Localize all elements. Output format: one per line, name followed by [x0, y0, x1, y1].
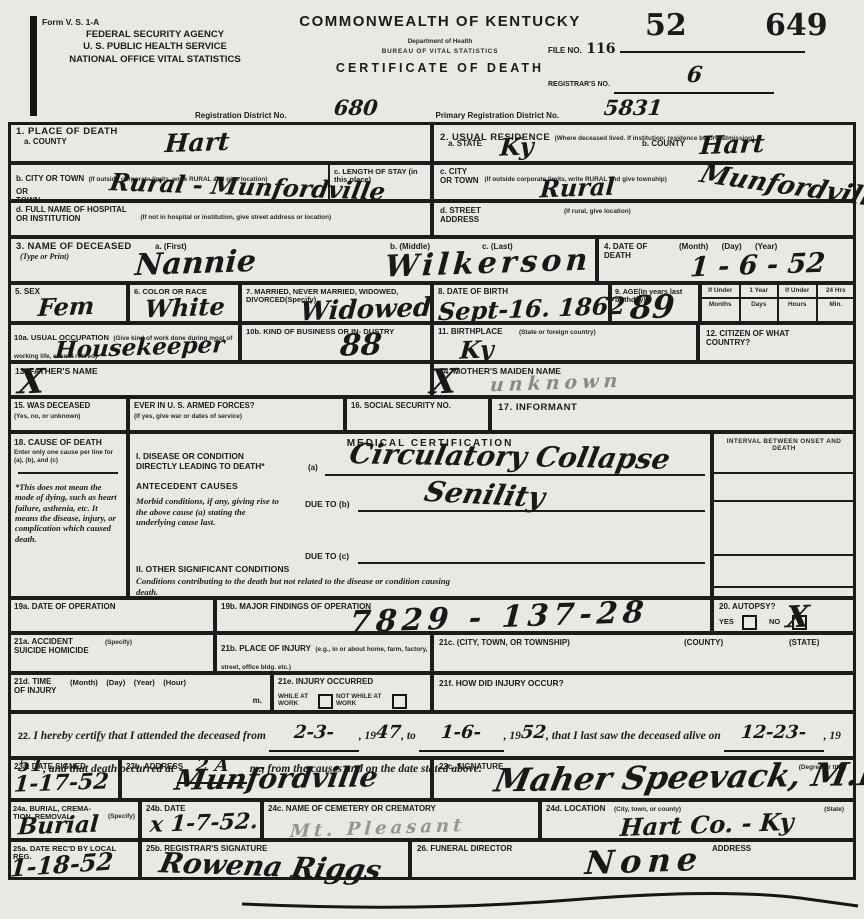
cemetery-label: 24c. NAME OF CEMETERY OR CREMATORY	[268, 805, 436, 814]
mother-scrawl-handwriting: unknown	[489, 370, 623, 397]
birthplace-value-handwriting: Ky	[459, 334, 495, 364]
cause-a-value-handwriting: Circulatory Collapse	[347, 437, 673, 475]
due-to-b-label: DUE TO (b)	[305, 500, 350, 509]
burial-type-handwriting: Burial	[17, 811, 100, 841]
age-col1-top: If Under	[702, 287, 739, 294]
age-under-table: If Under Months 1 Year Days If Under Hou…	[700, 283, 856, 323]
age-col2-top: 1 Year	[741, 287, 778, 294]
certify-from-value: 2-3-	[292, 718, 335, 749]
residence-county-label: b. COUNTY	[642, 140, 685, 149]
certify-print-1: , 19	[359, 730, 376, 742]
residence-city-value-handwriting: Rural	[539, 172, 616, 204]
armed-forces-label-1: 15. WAS DECEASED	[14, 402, 126, 411]
agency-line-3: NATIONAL OFFICE VITAL STATISTICS	[20, 55, 290, 65]
antecedent-label: ANTECEDENT CAUSES	[136, 482, 238, 491]
race-value-handwriting: White	[144, 292, 226, 324]
residence-city-label: c. CITY OR TOWN	[440, 168, 480, 186]
autopsy-no-x-mark: X	[785, 600, 811, 636]
business-value-handwriting: 88	[339, 327, 383, 364]
death-certificate-page: Form V. S. 1-A FEDERAL SECURITY AGENCY U…	[0, 0, 864, 919]
file-no-value: 116	[586, 41, 615, 57]
primary-district-value: 5831	[603, 95, 664, 120]
certify-text-4: alive on	[683, 730, 720, 742]
autopsy-label: 20. AUTOPSY?	[719, 603, 775, 612]
cause-title: 18. CAUSE OF DEATH	[14, 438, 126, 447]
residence-county-value-handwriting: Hart	[699, 129, 766, 160]
agency-line-2: U. S. PUBLIC HEALTH SERVICE	[20, 42, 290, 52]
due-to-c-line	[358, 562, 705, 564]
burial-type-note: (Specify)	[108, 813, 135, 820]
agency-line-1: FEDERAL SECURITY AGENCY	[20, 30, 290, 40]
interval-line-b	[714, 500, 854, 502]
father-name-cell: 13. FATHER'S NAME	[8, 362, 432, 397]
not-at-work-checkbox[interactable]	[392, 694, 407, 709]
funeral-director-address-label: ADDRESS	[712, 845, 751, 854]
certify-year-1: 47	[374, 718, 402, 749]
age-col3-top: If Under	[779, 287, 816, 294]
autopsy-yes-checkbox[interactable]	[742, 615, 757, 630]
time-of-injury-label: 21d. TIME OF INJURY	[14, 678, 59, 696]
other-conditions-note: Conditions contributing to the death but…	[136, 576, 456, 597]
morbid-note: Morbid conditions, if any, giving rise t…	[136, 496, 286, 528]
not-at-work-label: NOT WHILE AT WORK	[336, 693, 384, 708]
scan-artifact-line	[240, 882, 860, 918]
armed-forces-note-1: (Yes, no, or unknown)	[14, 413, 126, 420]
residence-state-county-cell: 2. USUAL RESIDENCE (Where deceased lived…	[432, 122, 856, 163]
cause-note: Enter only one cause per line for (a), (…	[14, 449, 122, 464]
business-cell: 10b. KIND OF BUSINESS OR IN- DUSTRY	[240, 323, 432, 362]
signer-address-label: 23b. ADDRESS	[126, 763, 183, 772]
interval-label: INTERVAL BETWEEN ONSET AND DEATH	[722, 438, 846, 453]
form-number: Form V. S. 1-A	[42, 18, 99, 27]
burial-location-label: 24d. LOCATION	[546, 805, 605, 814]
hospital-label: d. FULL NAME OF HOSPITAL OR INSTITUTION	[16, 206, 136, 224]
date-of-death-handwriting: 1 - 6 - 52	[689, 248, 826, 284]
due-to-c-label: DUE TO (c)	[305, 552, 349, 561]
registrar-no-label: REGISTRAR'S NO.	[548, 81, 610, 88]
disease-label-1: I. DISEASE OR CONDITION	[136, 452, 244, 461]
autopsy-no-label: NO	[769, 618, 780, 626]
funeral-director-label: 26. FUNERAL DIRECTOR	[417, 845, 512, 854]
file-no-line	[620, 51, 805, 53]
age-col1-bottom: Months	[702, 297, 739, 308]
certify-text-3: , that I last saw the deceased	[546, 730, 681, 742]
how-injury-label: 21f. HOW DID INJURY OCCUR?	[439, 679, 564, 688]
age-col3-bottom: Hours	[779, 297, 816, 308]
residence-state-label: a. STATE	[448, 140, 482, 149]
injury-state-label: (STATE)	[789, 639, 819, 648]
operation-date-cell: 19a. DATE OF OPERATION	[8, 598, 215, 633]
certify-year-2: 52	[519, 718, 547, 749]
armed-forces-note-2: (If yes, give war or dates of service)	[134, 413, 343, 420]
accident-cell: 21a. ACCIDENT SUICIDE HOMICIDE (Specify)	[8, 633, 215, 673]
reg-district-value: 680	[333, 95, 379, 120]
time-of-injury-cell: 21d. TIME OF INJURY (Month) (Day) (Year)…	[8, 673, 272, 712]
father-x-mark: X	[17, 361, 46, 402]
sex-label: 5. SEX	[15, 288, 40, 297]
registrar-no-value: 6	[685, 62, 703, 88]
place-of-injury-cell: 21b. PLACE OF INJURY (e.g., in or about …	[215, 633, 432, 673]
ssn-label: 16. SOCIAL SECURITY NO.	[351, 402, 486, 411]
street-address-cell: d. STREET ADDRESS (If rural, give locati…	[432, 201, 856, 237]
big-number-right: 649	[765, 8, 828, 43]
cause-footnote: *This does not mean the mode of dying, s…	[15, 482, 121, 544]
reg-district-label: Registration District No.	[195, 111, 287, 120]
armed-forces-cell-left: 15. WAS DECEASED (Yes, no, or unknown)	[8, 397, 128, 432]
place-city-label: b. CITY OR TOWN	[16, 174, 84, 183]
disease-label-2: DIRECTLY LEADING TO DEATH*	[136, 462, 265, 471]
reg-district-line: 680	[291, 98, 421, 125]
signer-address-handwriting: Munfordville	[172, 760, 380, 797]
age-col2-bottom: Days	[741, 297, 778, 308]
age-col4-top: 24 Hrs	[818, 287, 855, 294]
age-col4-bottom: Min.	[818, 297, 855, 308]
citizen-cell: 12. CITIZEN OF WHAT COUNTRY?	[698, 323, 856, 362]
autopsy-yes-label: YES	[719, 618, 734, 626]
cause-divider	[18, 472, 118, 474]
certificate-of-death-title: CERTIFICATE OF DEATH	[305, 62, 575, 76]
date-of-death-label: 4. DATE OF DEATH	[604, 243, 662, 261]
certify-number: 22.	[18, 731, 31, 741]
how-injury-cell: 21f. HOW DID INJURY OCCUR?	[432, 673, 856, 712]
certify-alive-value: 12-23-	[739, 718, 807, 749]
interval-line-d	[714, 586, 854, 588]
informant-cell: 17. INFORMANT	[490, 397, 856, 432]
injury-city-label: 21c. (CITY, TOWN, OR TOWNSHIP)	[439, 639, 570, 648]
at-work-label: WHILE AT WORK	[278, 693, 314, 708]
ssn-cell: 16. SOCIAL SECURITY NO.	[345, 397, 490, 432]
registrar-signature-handwriting: Rowena Riggs	[157, 846, 385, 886]
date-signed-handwriting: 1-17-52	[13, 768, 110, 797]
certify-text-2: , to	[401, 730, 416, 742]
hospital-cell: d. FULL NAME OF HOSPITAL OR INSTITUTION …	[8, 201, 432, 237]
interval-cell: INTERVAL BETWEEN ONSET AND DEATH	[712, 432, 856, 598]
physician-signature-handwriting: Maher Speevack, M.D.	[491, 754, 864, 799]
marital-value-handwriting: Widowed	[299, 293, 432, 328]
mother-x-mark: X	[429, 361, 458, 402]
other-conditions-title: II. OTHER SIGNIFICANT CONDITIONS	[136, 565, 289, 574]
primary-district-label: Primary Registration District No.	[435, 111, 559, 120]
injury-occurred-label: 21e. INJURY OCCURRED	[278, 678, 430, 687]
business-label: 10b. KIND OF BUSINESS OR IN- DUSTRY	[246, 328, 428, 336]
residence-state-value-handwriting: Ky	[499, 131, 535, 161]
burial-location-state: (State)	[824, 806, 844, 813]
signature-label: 23c. SIGNATURE	[439, 763, 503, 772]
certify-to-value: 1-6-	[440, 718, 483, 749]
age-value-handwriting: 89	[629, 287, 676, 327]
accident-note: (Specify)	[105, 639, 132, 646]
disease-a-sub: (a)	[308, 464, 318, 473]
dept-line: Department of Health	[305, 38, 575, 45]
registrar-no-line: 6	[614, 66, 774, 94]
street-address-note: (If rural, give location)	[564, 208, 631, 215]
citizen-label: 12. CITIZEN OF WHAT COUNTRY?	[706, 330, 826, 348]
certify-alive-line: 12-23-	[724, 719, 824, 752]
at-work-checkbox[interactable]	[318, 694, 333, 709]
time-of-injury-m: m.	[253, 697, 262, 706]
bureau-line: BUREAU OF VITAL STATISTICS	[305, 48, 575, 55]
certify-from-line: 2-3-	[269, 719, 359, 752]
funeral-director-handwriting: None	[584, 840, 705, 882]
primary-district-line: 5831	[564, 98, 704, 125]
certification-statement-cell: 22. I hereby certify that I attended the…	[8, 712, 856, 758]
informant-label: 17. INFORMANT	[498, 403, 577, 413]
document-title: COMMONWEALTH OF KENTUCKY	[275, 14, 605, 31]
operation-findings-label: 19b. MAJOR FINDINGS OF OPERATION	[221, 603, 371, 612]
sex-value-handwriting: Fem	[37, 291, 95, 322]
cause-of-death-side-cell: 18. CAUSE OF DEATH Enter only one cause …	[8, 432, 128, 598]
county-value-handwriting: Hart	[164, 127, 231, 158]
burial-date-handwriting: x 1-7-52.	[149, 808, 259, 838]
certify-text-1: I hereby certify that I attended the dec…	[33, 730, 266, 742]
birthplace-note: (State or foreign country)	[519, 329, 596, 336]
big-number-left: 52	[645, 8, 687, 43]
first-name-handwriting: Nannie	[134, 244, 257, 283]
file-no-label: FILE NO.	[548, 46, 582, 55]
last-name-handwriting: Wilkerson	[384, 242, 593, 284]
armed-forces-cell-right: EVER IN U. S. ARMED FORCES? (If yes, giv…	[128, 397, 345, 432]
certify-to-line: 1-6-	[419, 719, 504, 752]
accident-label: 21a. ACCIDENT SUICIDE HOMICIDE	[14, 638, 94, 656]
certify-print-2: , 19	[504, 730, 521, 742]
interval-line-c	[714, 554, 854, 556]
cause-b-value-handwriting: Senility	[421, 475, 548, 514]
injury-occurred-cell: 21e. INJURY OCCURRED WHILE AT WORK NOT W…	[272, 673, 432, 712]
injury-city-cell: 21c. (CITY, TOWN, OR TOWNSHIP) (COUNTY) …	[432, 633, 856, 673]
operation-date-label: 19a. DATE OF OPERATION	[14, 603, 134, 612]
place-of-injury-label: 21b. PLACE OF INJURY	[221, 644, 311, 653]
certify-print-3: , 19	[824, 730, 841, 742]
injury-county-label: (COUNTY)	[684, 639, 723, 648]
burial-location-handwriting: Hart Co. - Ky	[619, 807, 795, 842]
interval-line-a	[714, 472, 854, 474]
armed-forces-label-2: EVER IN U. S. ARMED FORCES?	[134, 402, 343, 411]
hospital-note: (If not in hospital or institution, give…	[140, 214, 420, 221]
street-address-label: d. STREET ADDRESS	[440, 207, 500, 225]
time-of-injury-columns: (Month) (Day) (Year) (Hour)	[70, 679, 186, 687]
autopsy-cell: 20. AUTOPSY? YES NO	[712, 598, 856, 633]
